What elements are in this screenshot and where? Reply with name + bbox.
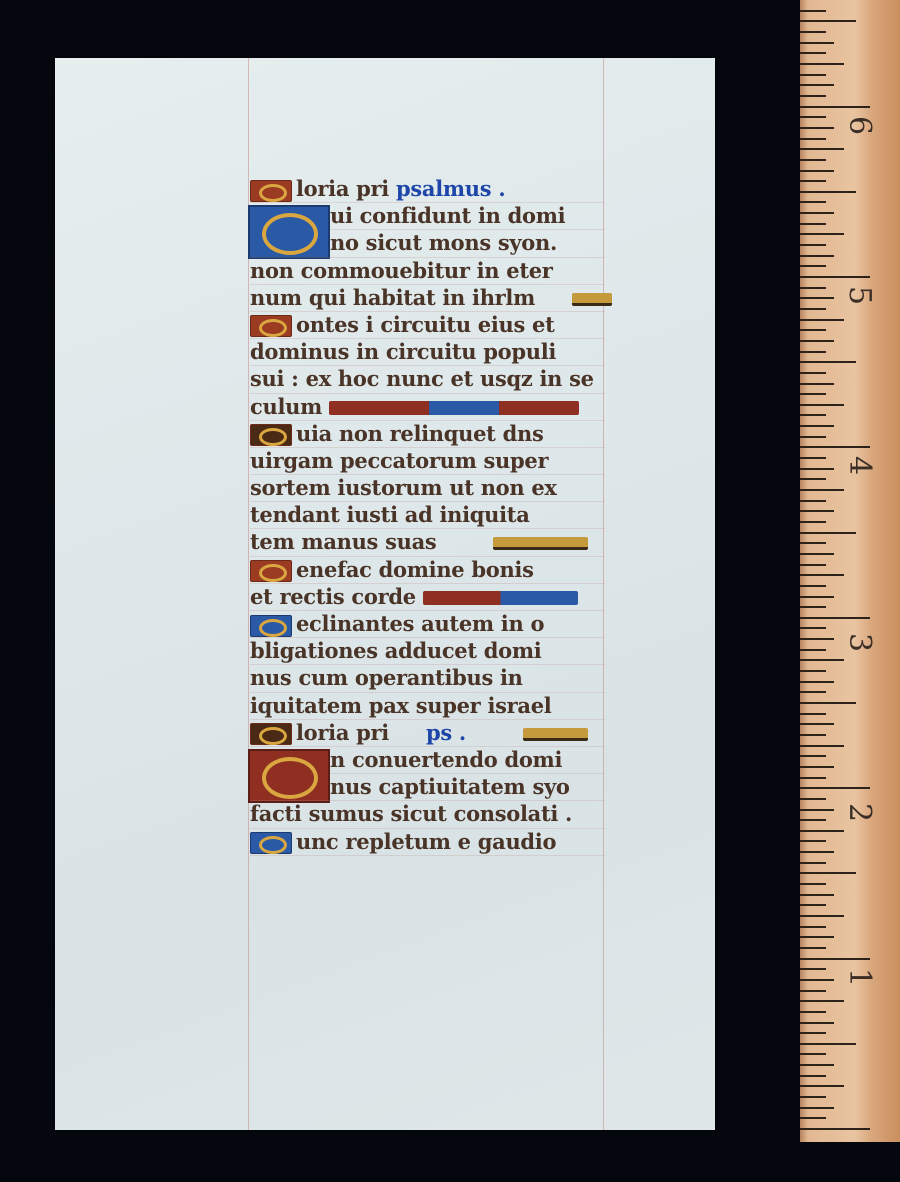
line-filler-gold xyxy=(523,728,588,741)
rubric-ps: ps . xyxy=(426,720,466,745)
line-text: no sicut mons syon. xyxy=(330,230,557,255)
text-line: uirgam peccatorum super xyxy=(250,448,605,475)
text-line: uia non relinquet dns xyxy=(250,421,605,448)
ruler-tick xyxy=(800,542,826,544)
ruler-tick xyxy=(800,862,826,864)
ruler-tick xyxy=(800,585,826,587)
ruler-tick xyxy=(800,148,844,150)
ruler-tick xyxy=(800,766,834,768)
ruler-tick xyxy=(800,1032,826,1034)
text-line: no sicut mons syon. xyxy=(250,230,605,257)
ruler-tick xyxy=(800,383,834,385)
ruler-tick xyxy=(800,329,826,331)
ruler-tick xyxy=(800,1107,834,1109)
ruler-tick xyxy=(800,319,844,321)
ruler-tick xyxy=(800,308,826,310)
ruler-tick xyxy=(800,500,826,502)
illuminated-initial-b xyxy=(250,560,292,582)
ruler-tick xyxy=(800,116,826,118)
ruler-tick xyxy=(800,883,826,885)
line-text: enefac domine bonis xyxy=(296,557,534,582)
ruler-tick xyxy=(800,947,826,949)
illuminated-initial-g xyxy=(250,180,292,202)
text-line: tendant iusti ad iniquita xyxy=(250,502,605,529)
line-text: uia non relinquet dns xyxy=(296,421,543,446)
line-text: tem manus suas xyxy=(250,529,436,554)
ruler-tick xyxy=(800,723,834,725)
ruler-tick xyxy=(800,798,826,800)
ruler-tick xyxy=(800,894,834,896)
ruler-tick xyxy=(800,755,826,757)
text-line: iquitatem pax super israel xyxy=(250,693,605,720)
ruler-tick xyxy=(800,553,834,555)
ruler-tick xyxy=(800,968,826,970)
manuscript-text-block: loria pri psalmus . ui confidunt in domi… xyxy=(250,176,605,856)
ruler-label-5: 5 xyxy=(842,286,877,305)
ruler-tick xyxy=(800,457,826,459)
ruler-label-3: 3 xyxy=(842,633,877,652)
line-filler-band xyxy=(329,401,579,415)
line-text: n conuertendo domi xyxy=(330,747,562,772)
ruler-tick xyxy=(800,1053,826,1055)
ruler-tick xyxy=(800,446,870,448)
ruler-tick xyxy=(800,617,870,619)
line-text: nus cum operantibus in xyxy=(250,665,523,690)
line-text: eclinantes autem in o xyxy=(296,611,544,636)
ruler-tick xyxy=(800,627,826,629)
line-filler-gold xyxy=(493,537,588,550)
ruler-tick xyxy=(800,830,844,832)
text-line: facti sumus sicut consolati . xyxy=(250,801,605,828)
text-line: enefac domine bonis xyxy=(250,557,605,584)
text-line: num qui habitat in ihrlm xyxy=(250,285,605,312)
ruler-tick xyxy=(800,840,826,842)
ruler-tick xyxy=(800,414,826,416)
ruler-tick xyxy=(800,809,834,811)
ruler-tick xyxy=(800,425,834,427)
text-line: bligationes adducet domi xyxy=(250,638,605,665)
text-line: ontes i circuitu eius et xyxy=(250,312,605,339)
ruler-tick xyxy=(800,436,826,438)
text-line: tem manus suas xyxy=(250,529,605,556)
ruler-tick xyxy=(800,1117,826,1119)
ruler-tick xyxy=(800,10,826,12)
ruler-tick xyxy=(800,734,826,736)
text-line: n conuertendo domi xyxy=(250,747,605,774)
ruler-tick xyxy=(800,244,826,246)
ruler-tick xyxy=(800,255,834,257)
ruler-tick xyxy=(800,596,834,598)
line-text: ui confidunt in domi xyxy=(330,203,565,228)
text-line: sui : ex hoc nunc et usqz in se xyxy=(250,366,605,393)
ruler-tick xyxy=(800,489,844,491)
ruler-tick xyxy=(800,95,826,97)
line-text: et rectis corde xyxy=(250,584,416,609)
text-line: loria pri psalmus . xyxy=(250,176,605,203)
line-text: num qui habitat in ihrlm xyxy=(250,285,535,310)
ruler-tick xyxy=(800,638,834,640)
ruler-tick xyxy=(800,1064,834,1066)
ruler-tick xyxy=(800,223,826,225)
ruler-tick xyxy=(800,180,826,182)
illuminated-initial-d xyxy=(250,615,292,637)
ruler-tick xyxy=(800,702,856,704)
ruler-tick xyxy=(800,31,826,33)
ruler-tick xyxy=(800,1000,844,1002)
ruler-tick xyxy=(800,265,826,267)
ruler-tick xyxy=(800,393,826,395)
ruler-tick xyxy=(800,170,834,172)
text-line: nus cum operantibus in xyxy=(250,665,605,692)
line-text: dominus in circuitu populi xyxy=(250,339,556,364)
ruler-tick xyxy=(800,606,826,608)
ruler-tick xyxy=(800,159,826,161)
ruler-tick xyxy=(800,872,856,874)
line-text: non commouebitur in eter xyxy=(250,258,553,283)
ruler-tick xyxy=(800,691,826,693)
ruler-tick xyxy=(800,106,870,108)
ruler-tick xyxy=(800,958,870,960)
text-line: non commouebitur in eter xyxy=(250,258,605,285)
ruler-tick xyxy=(800,713,826,715)
ruler-tick xyxy=(800,777,826,779)
illuminated-initial-t xyxy=(250,832,292,854)
ruler-tick xyxy=(800,42,834,44)
ruler-tick xyxy=(800,1128,870,1130)
line-text: facti sumus sicut consolati . xyxy=(250,801,572,826)
ruler-tick xyxy=(800,233,844,235)
line-text: bligationes adducet domi xyxy=(250,638,541,663)
illuminated-initial-q xyxy=(250,424,292,446)
illuminated-initial-m xyxy=(250,315,292,337)
ruler-tick xyxy=(800,745,844,747)
ruler-tick xyxy=(800,84,834,86)
ruler-tick xyxy=(800,851,834,853)
ruler-tick xyxy=(800,404,844,406)
ruler-tick xyxy=(800,1043,856,1045)
line-text: sui : ex hoc nunc et usqz in se xyxy=(250,366,594,391)
illuminated-initial-g xyxy=(250,723,292,745)
line-text: nus captiuitatem syo xyxy=(330,774,570,799)
ruler-tick xyxy=(800,351,826,353)
ruler-tick xyxy=(800,138,826,140)
text-line: et rectis corde xyxy=(250,584,605,611)
line-filler-band xyxy=(423,591,578,605)
text-line: loria pri ps . xyxy=(250,720,605,747)
ruler-tick xyxy=(800,191,856,193)
ruler-tick xyxy=(800,127,834,129)
ruler-tick xyxy=(800,1022,834,1024)
ruler-label-2: 2 xyxy=(842,803,877,822)
ruler-tick xyxy=(800,20,856,22)
line-text: ontes i circuitu eius et xyxy=(296,312,555,337)
ruler-tick xyxy=(800,1011,826,1013)
text-line: ui confidunt in domi xyxy=(250,203,605,230)
text-line: eclinantes autem in o xyxy=(250,611,605,638)
line-text: uirgam peccatorum super xyxy=(250,448,548,473)
line-text: tendant iusti ad iniquita xyxy=(250,502,530,527)
text-line: unc repletum e gaudio xyxy=(250,829,605,856)
ruler-tick xyxy=(800,287,826,289)
ruler-tick xyxy=(800,574,844,576)
manuscript-leaf: loria pri psalmus . ui confidunt in domi… xyxy=(55,58,715,1130)
ruler-tick xyxy=(800,1075,826,1077)
line-text: loria pri xyxy=(296,176,389,201)
ruler-tick xyxy=(800,670,826,672)
ruler-tick xyxy=(800,1096,826,1098)
ruler-tick xyxy=(800,74,826,76)
ruler-tick xyxy=(800,212,834,214)
ruler-tick xyxy=(800,521,826,523)
ruler-tick xyxy=(800,63,844,65)
ruler-tick xyxy=(800,819,826,821)
ruler-tick xyxy=(800,904,826,906)
ruler-tick xyxy=(800,649,826,651)
ruler-tick xyxy=(800,532,856,534)
ruler-tick xyxy=(800,340,834,342)
ruler-label-1: 1 xyxy=(842,968,877,987)
ruler-tick xyxy=(800,372,826,374)
ruler-tick xyxy=(800,510,834,512)
ruler-tick xyxy=(800,926,826,928)
text-line: dominus in circuitu populi xyxy=(250,339,605,366)
line-text: iquitatem pax super israel xyxy=(250,693,551,718)
measuring-ruler: 6 5 4 3 2 1 xyxy=(800,0,900,1142)
line-filler-gold xyxy=(572,293,612,306)
ruler-tick xyxy=(800,201,826,203)
ruler-tick xyxy=(800,936,834,938)
ruler-label-6: 6 xyxy=(842,116,877,135)
ruler-tick xyxy=(800,979,834,981)
ruler-label-4: 4 xyxy=(842,456,877,475)
ruler-tick xyxy=(800,681,834,683)
line-text: unc repletum e gaudio xyxy=(296,829,556,854)
ruler-tick xyxy=(800,659,844,661)
ruler-tick xyxy=(800,276,870,278)
ruler-tick xyxy=(800,564,826,566)
line-text: culum xyxy=(250,394,322,419)
text-line: sortem iustorum ut non ex xyxy=(250,475,605,502)
ruler-tick xyxy=(800,297,834,299)
ruler-tick xyxy=(800,468,834,470)
line-text: sortem iustorum ut non ex xyxy=(250,475,557,500)
ruler-tick xyxy=(800,361,856,363)
ruler-tick xyxy=(800,478,826,480)
ruler-tick xyxy=(800,1085,844,1087)
text-line: nus captiuitatem syo xyxy=(250,774,605,801)
rubric-psalmus: psalmus . xyxy=(396,176,505,201)
text-line: culum xyxy=(250,394,605,421)
ruler-tick xyxy=(800,990,826,992)
ruler-tick xyxy=(800,52,826,54)
ruler-tick xyxy=(800,915,844,917)
ruler-tick xyxy=(800,787,870,789)
line-text: loria pri xyxy=(296,720,389,745)
